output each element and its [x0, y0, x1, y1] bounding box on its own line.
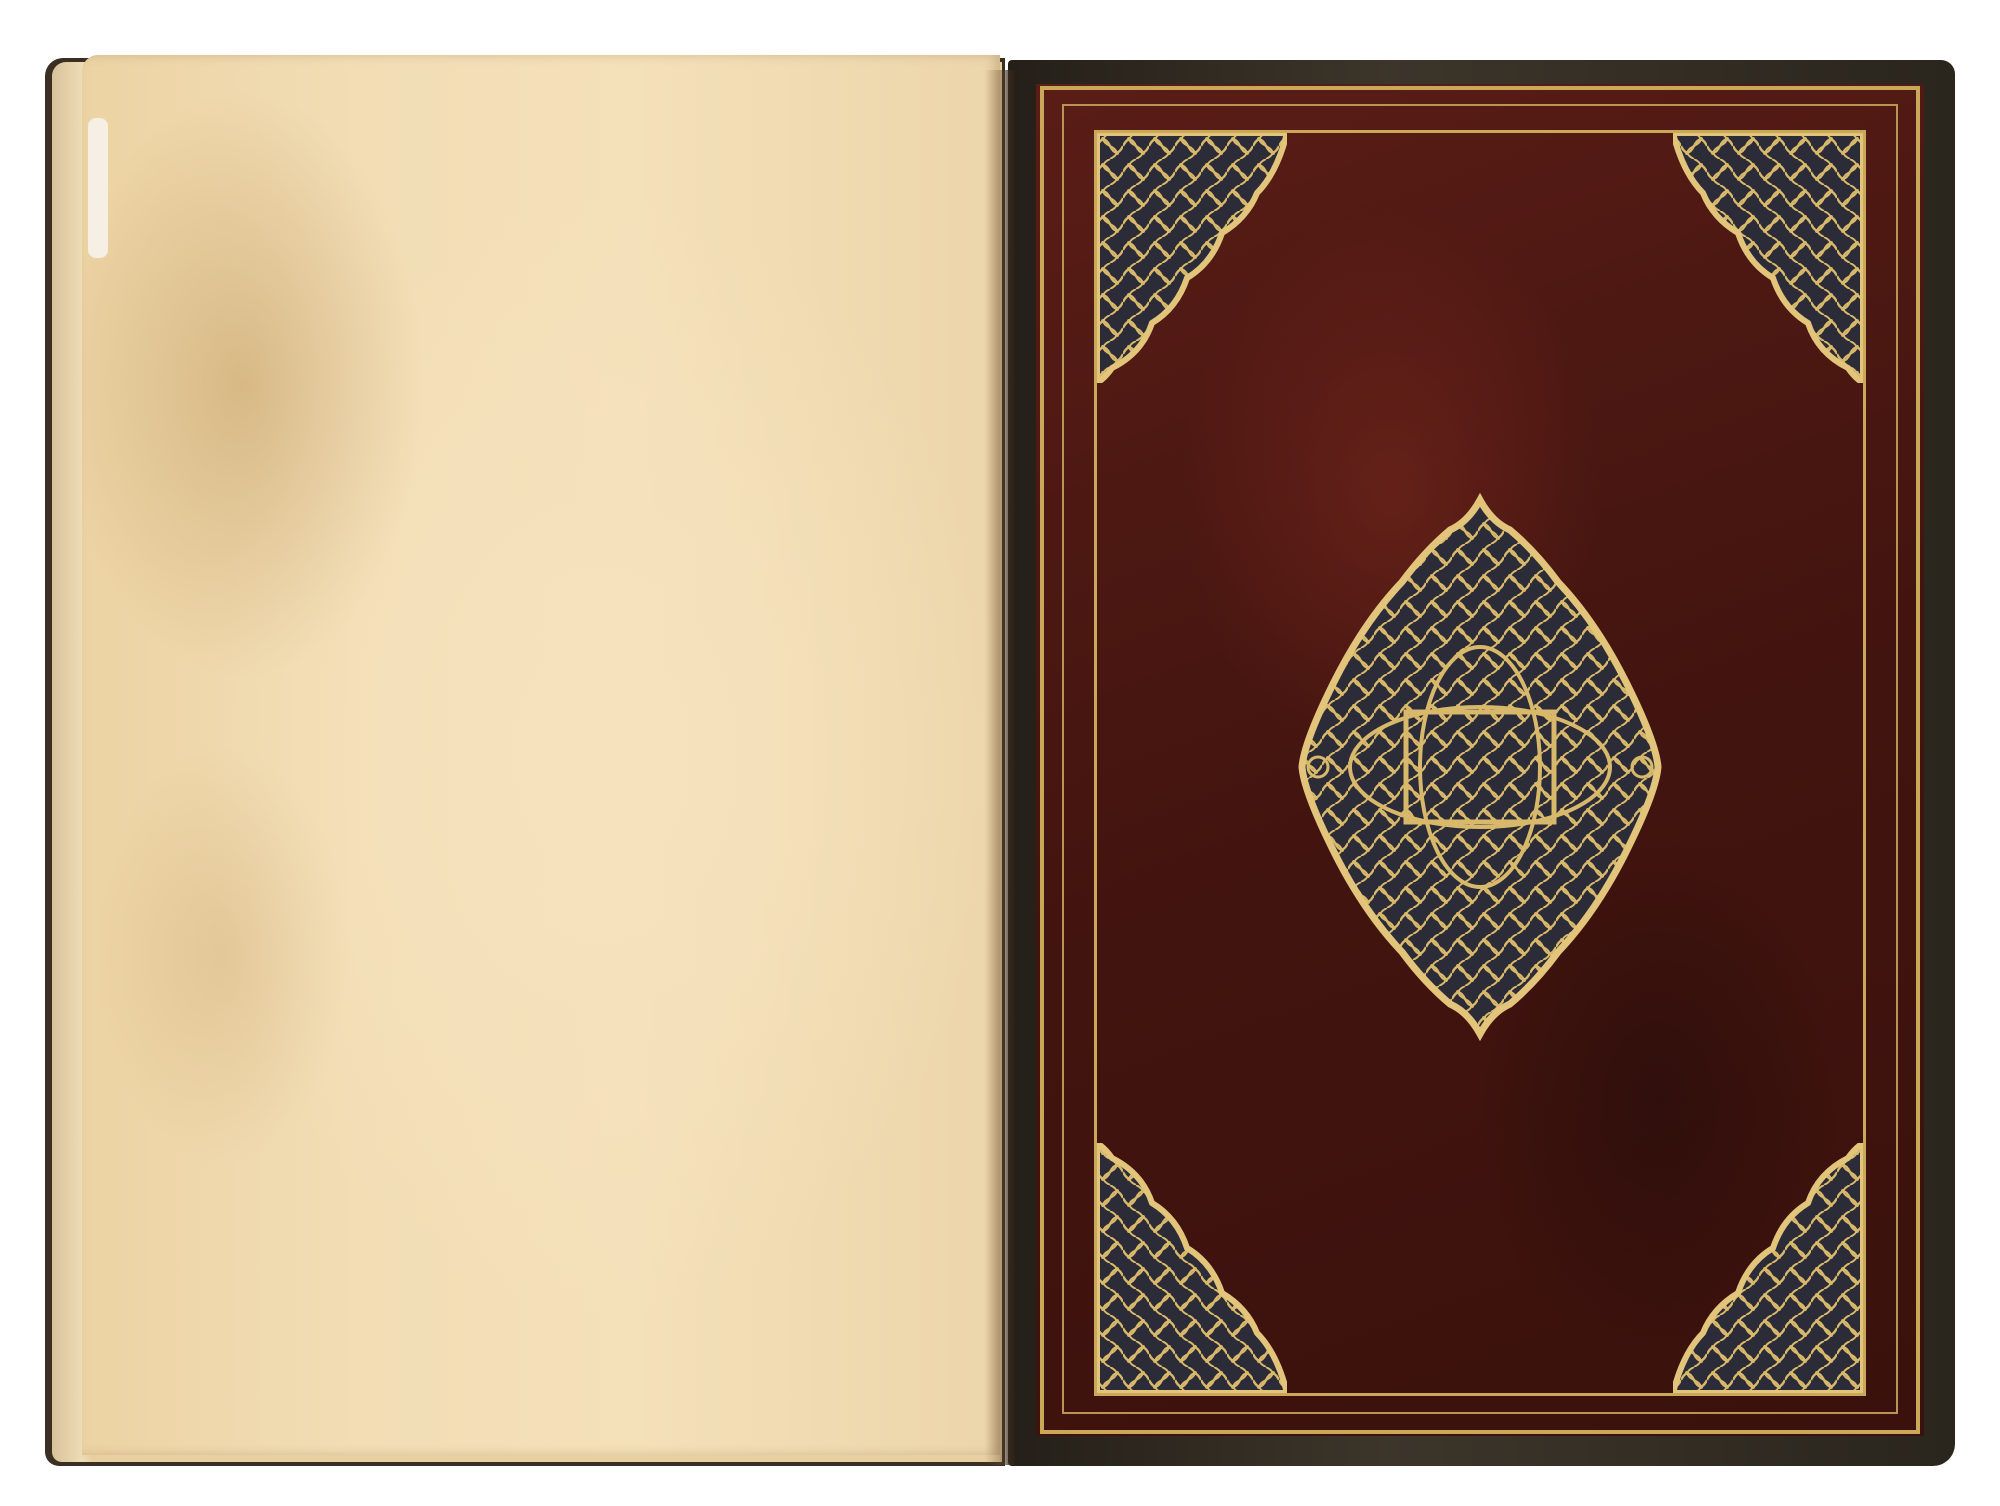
central-medallion-icon — [1296, 492, 1664, 1042]
cornerpiece-top-right-icon — [1673, 133, 1863, 383]
left-flyleaf-page — [82, 55, 1000, 1455]
cornerpiece-bottom-left-icon — [1097, 1143, 1287, 1393]
book-gutter — [985, 70, 1015, 1465]
paper-tab — [88, 118, 108, 258]
cornerpiece-top-left-icon — [1097, 133, 1287, 383]
cornerpiece-bottom-right-icon — [1673, 1143, 1863, 1393]
